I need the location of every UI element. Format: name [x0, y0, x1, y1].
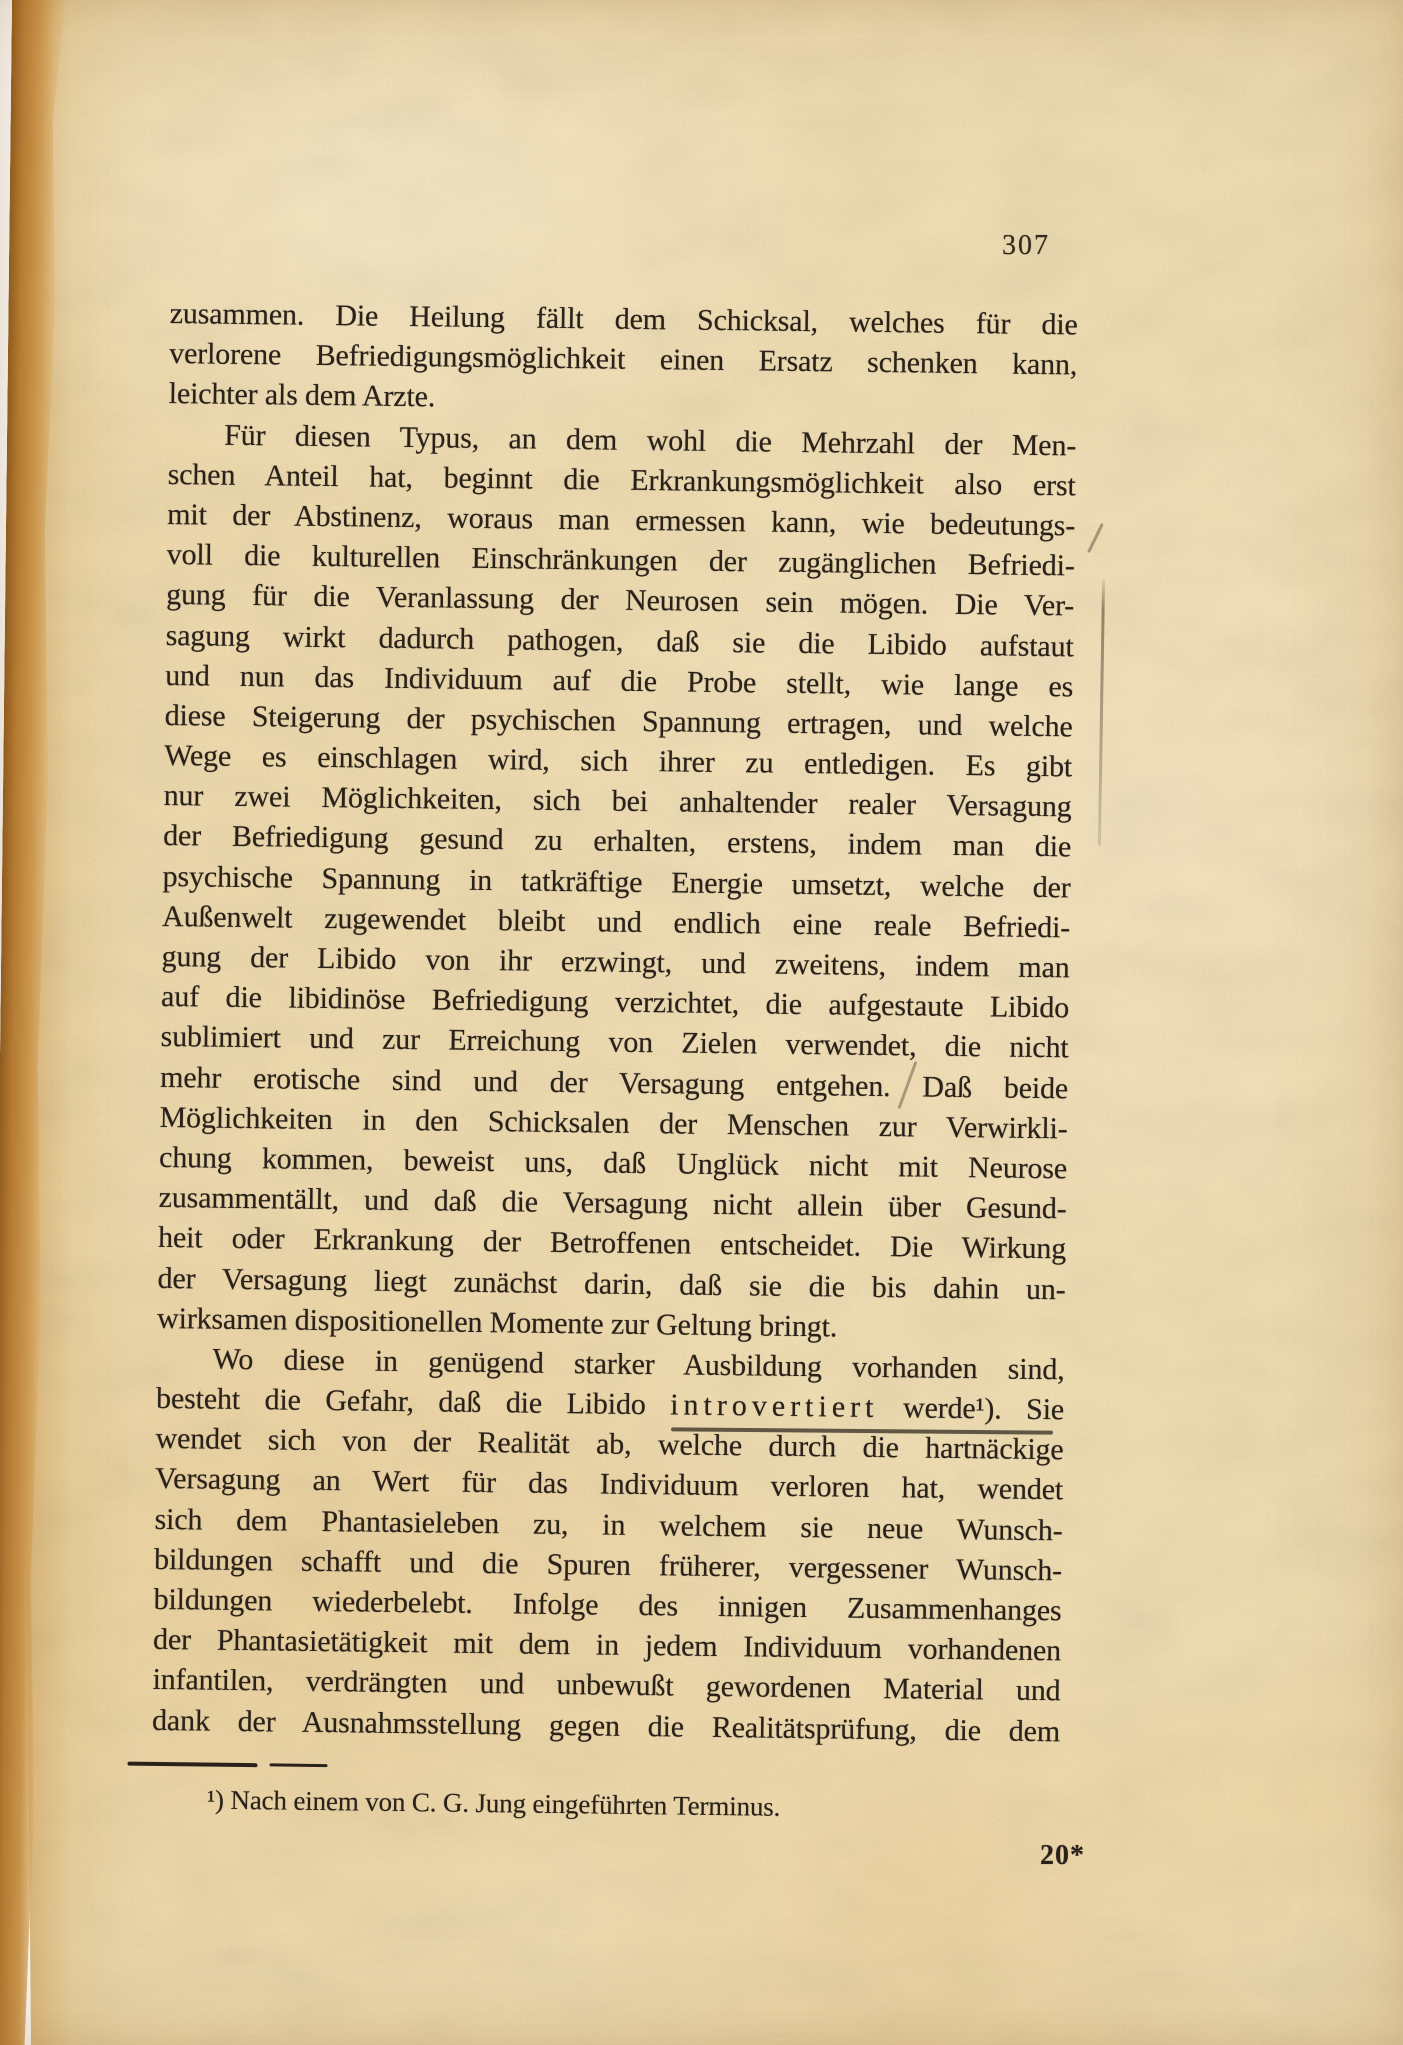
footnote-text: Nach einem von C. G. Jung eingeführten T… — [230, 1785, 780, 1822]
rule-segment — [270, 1763, 328, 1767]
line-post: werde¹). Sie — [903, 1391, 1064, 1426]
body-text-block: zusammen. Die Heilung fällt dem Schicksa… — [152, 294, 1078, 1752]
page-number: 307 — [1002, 230, 1050, 262]
emphasized-word: introvertiert — [670, 1388, 879, 1424]
footnote-marker: ¹) — [207, 1785, 224, 1815]
scanned-book-page: { "page": { "number": "307", "signature_… — [0, 0, 1403, 2045]
line-pre: besteht die Gefahr, daß die Libido — [156, 1382, 646, 1421]
signature-mark: 20* — [1040, 1840, 1085, 1872]
